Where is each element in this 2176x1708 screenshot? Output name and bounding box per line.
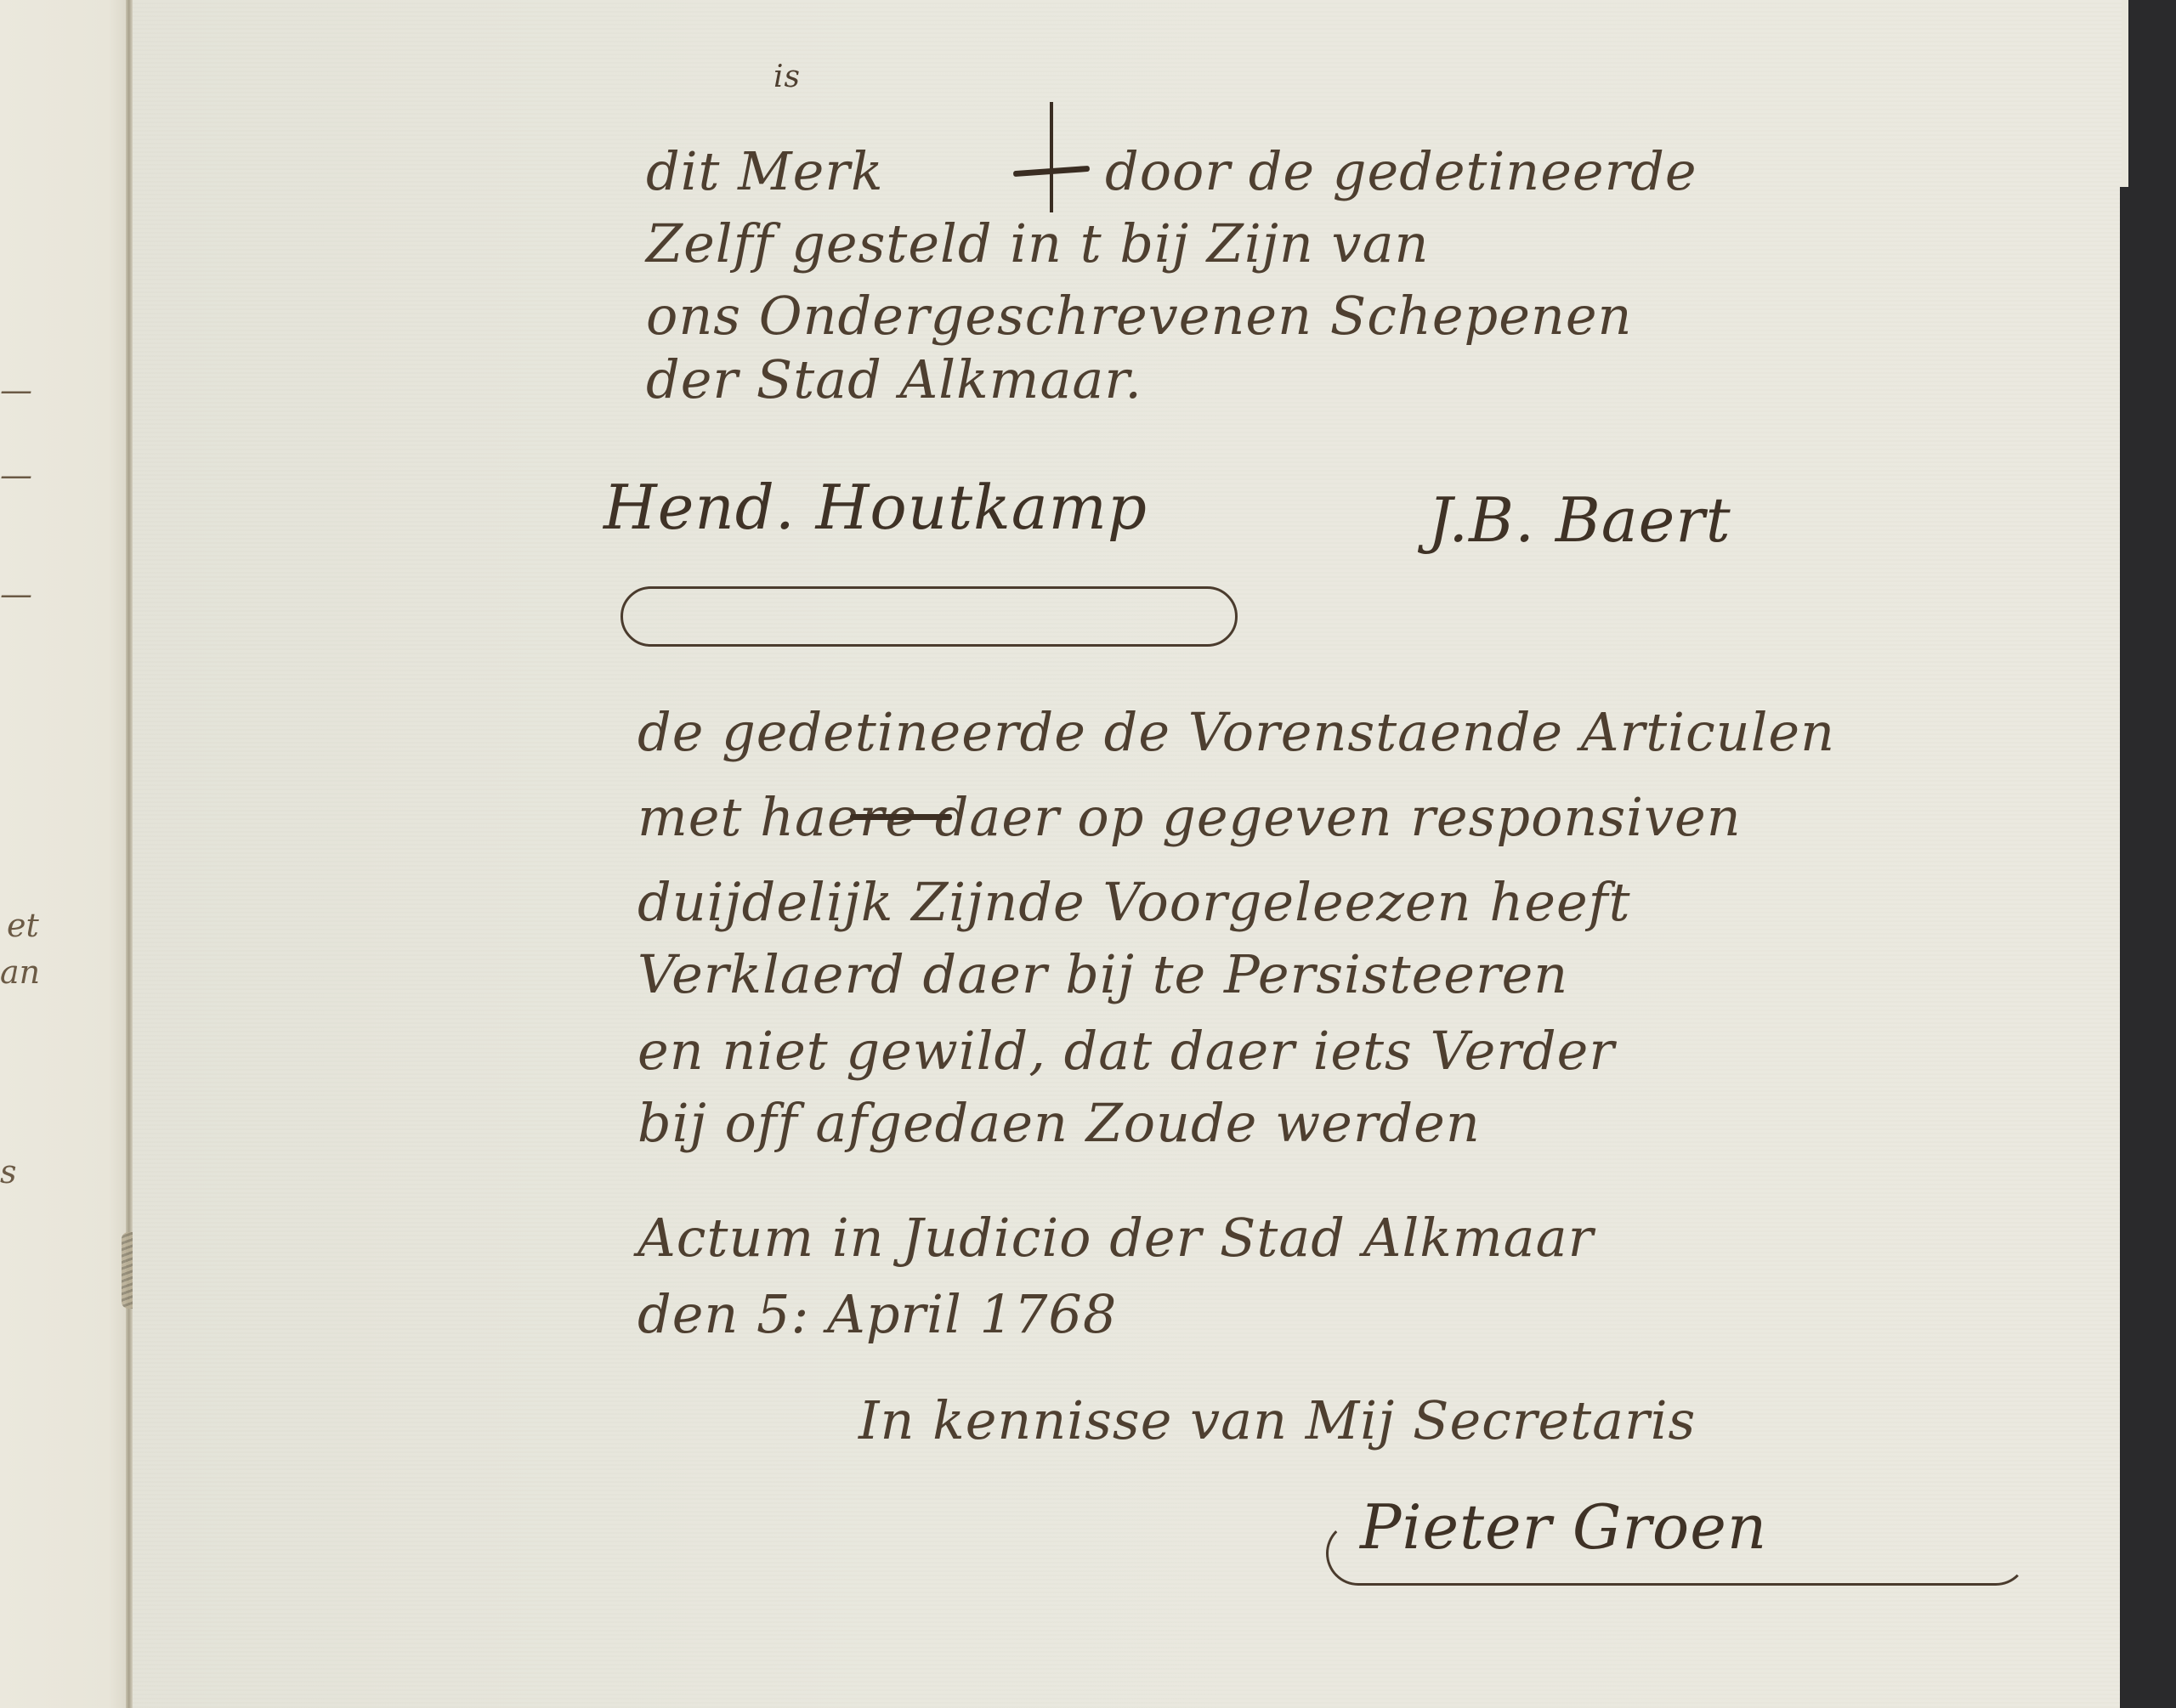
mark-line-1a: dit Merk <box>646 140 884 202</box>
statement-line-2: met haere daer op gegeven responsiven <box>637 786 1742 848</box>
left-page: — — — et an s <box>0 0 127 1708</box>
strikethrough-mark <box>850 814 952 820</box>
attestation-line: In kennisse van Mij Secretaris <box>858 1389 1696 1451</box>
scan-background-edge <box>2128 0 2176 1708</box>
mark-line-4: der Stad Alkmaar. <box>646 348 1142 410</box>
statement-line-4: Verklaerd daer bij te Persisteeren <box>637 943 1568 1005</box>
signature-flourish <box>620 586 1238 647</box>
signature-baert: J.B. Baert <box>1428 484 1731 556</box>
statement-line-1: de gedetineerde de Vorenstaende Articule… <box>637 701 1835 763</box>
margin-fragment: s <box>0 1156 17 1188</box>
statement-line-3: duijdelijk Zijnde Voorgeleezen heeft <box>637 871 1631 933</box>
mark-line-2: Zelff gesteld in t bij Zijn van <box>646 212 1429 274</box>
margin-fragment: an <box>0 956 40 988</box>
mark-line-1b: door de gedetineerde <box>1105 140 1697 202</box>
page-fold <box>126 0 133 1708</box>
statement-line-5: en niet gewild, dat daer iets Verder <box>637 1020 1615 1082</box>
mark-line-3: ons Ondergeschrevenen Schepenen <box>646 285 1632 347</box>
margin-fragment: — <box>0 374 32 406</box>
dating-line-2: den 5: April 1768 <box>637 1283 1117 1345</box>
signature-houtkamp: Hend. Houtkamp <box>603 472 1147 543</box>
cross-mark-icon <box>1013 102 1090 212</box>
margin-fragment: — <box>0 578 32 610</box>
dating-line-1: Actum in Judicio der Stad Alkmaar <box>637 1207 1594 1269</box>
signature-flourish <box>1326 1521 2028 1586</box>
statement-line-6: bij off afgedaen Zoude werden <box>637 1092 1481 1154</box>
margin-fragment: — <box>0 459 32 491</box>
margin-fragment: et <box>7 909 39 942</box>
margin-note: is <box>773 59 801 94</box>
